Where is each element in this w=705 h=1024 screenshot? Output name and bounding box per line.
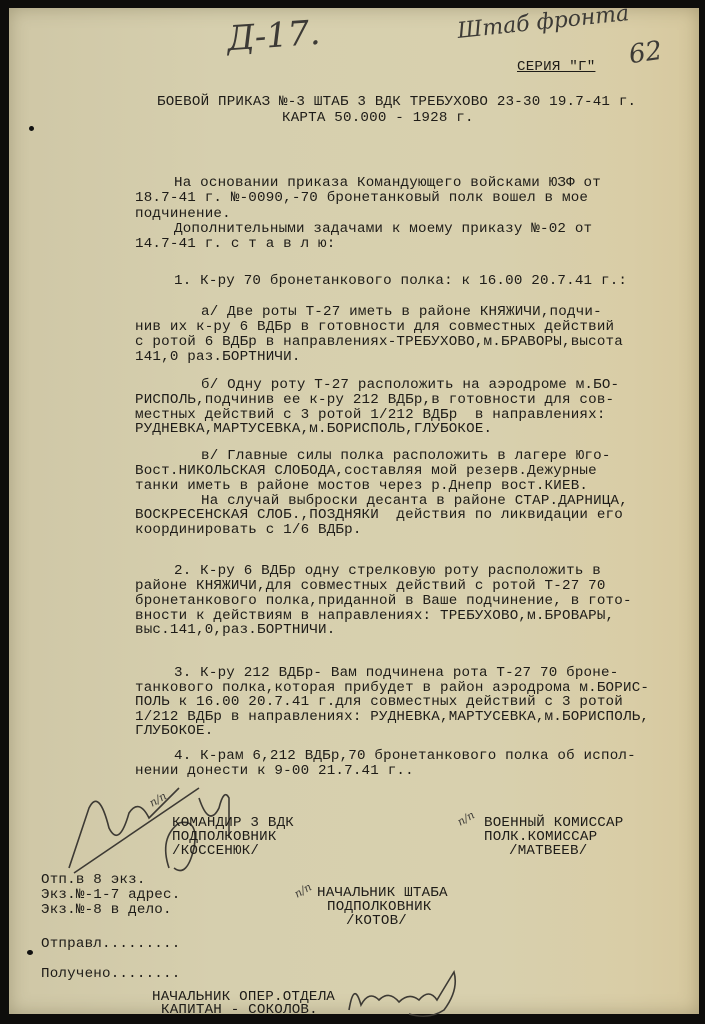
text-line: координировать с 1/6 ВДБр. <box>135 523 362 538</box>
text-line: Отп.в 8 экз. <box>41 873 146 888</box>
text-line: 141,0 раз.БОРТНИЧИ. <box>135 350 301 365</box>
text-line: танки иметь в районе мостов через р.Днеп… <box>135 479 588 494</box>
text-line: бронетанкового полка,приданной в Ваше по… <box>135 594 632 609</box>
text-line: а/ Две роты Т-27 иметь в районе КНЯЖИЧИ,… <box>201 305 602 320</box>
text-line: ПОЛЬ к 16.00 20.7.41 г.для совместных де… <box>135 695 623 710</box>
page-number: 62 <box>627 36 664 70</box>
text-line: в/ Главные силы полка расположить в лаге… <box>201 449 611 464</box>
text-line: ВОСКРЕСЕНСКАЯ СЛОБ.,ПОЗДНЯКИ действия по… <box>135 508 623 523</box>
text-line: /КОССЕНЮК/ <box>172 844 259 859</box>
text-line: с ротой 6 ВДБр в направлениях-ТРЕБУХОВО,… <box>135 335 623 350</box>
pp-mark: п/п <box>292 880 314 900</box>
handwritten-reference: Д-17. <box>226 13 322 59</box>
text-line: 2. К-ру 6 ВДБр одну стрелковую роту расп… <box>174 564 601 579</box>
text-line: 18.7-41 г. №-0090,-70 бронетанковый полк… <box>135 191 588 206</box>
text-line: б/ Одну роту Т-27 расположить на аэродро… <box>201 378 619 393</box>
text-line: КАПИТАН - СОКОЛОВ. <box>161 1003 318 1018</box>
handwritten-note: Штаб фронта <box>456 1 630 44</box>
series-label: СЕРИЯ "Г" <box>517 60 595 75</box>
punch-mark <box>29 126 34 131</box>
text-line: Дополнительными задачами к моему приказу… <box>174 222 592 237</box>
text-line: Экз.№-1-7 адрес. <box>41 888 180 903</box>
document-title: БОЕВОЙ ПРИКАЗ №-3 ШТАБ 3 ВДК ТРЕБУХОВО 2… <box>157 95 636 110</box>
map-reference: КАРТА 50.000 - 1928 г. <box>282 111 474 126</box>
item-heading: 1. К-ру 70 бронетанкового полка: к 16.00… <box>174 274 627 289</box>
text-line: 3. К-ру 212 ВДБр- Вам подчинена рота Т-2… <box>174 666 618 681</box>
text-line: Экз.№-8 в дело. <box>41 903 172 918</box>
punch-mark <box>27 950 33 955</box>
text-line: Вост.НИКОЛЬСКАЯ СЛОБОДА,составляя мой ре… <box>135 464 597 479</box>
text-line: На основании приказа Командующего войска… <box>174 176 601 191</box>
sent-line: Отправл......... <box>41 937 180 952</box>
text-line: выс.141,0,раз.БОРТНИЧИ. <box>135 623 335 638</box>
document-page: Д-17. Штаб фронта 62 СЕРИЯ "Г" БОЕВОЙ ПР… <box>9 8 699 1014</box>
text-line: РИСПОЛЬ,подчинив ее к-ру 212 ВДБр,в гото… <box>135 393 614 408</box>
text-line: 14.7-41 г. с т а в л ю: <box>135 237 335 252</box>
pp-mark: п/п <box>455 808 477 828</box>
text-line: подчинение. <box>135 207 231 222</box>
text-line: ГЛУБОКОЕ. <box>135 724 213 739</box>
text-line: 4. К-рам 6,212 ВДБр,70 бронетанкового по… <box>174 749 636 764</box>
text-line: районе КНЯЖИЧИ,для совместных действий с… <box>135 579 606 594</box>
received-line: Получено........ <box>41 967 180 982</box>
text-line: нив их к-ру 6 ВДБр в готовности для совм… <box>135 320 614 335</box>
text-line: /МАТВЕЕВ/ <box>509 844 587 859</box>
text-line: /КОТОВ/ <box>346 914 407 929</box>
text-line: РУДНЕВКА,МАРТУСЕВКА,м.БОРИСПОЛЬ,ГЛУБОКОЕ… <box>135 422 492 437</box>
